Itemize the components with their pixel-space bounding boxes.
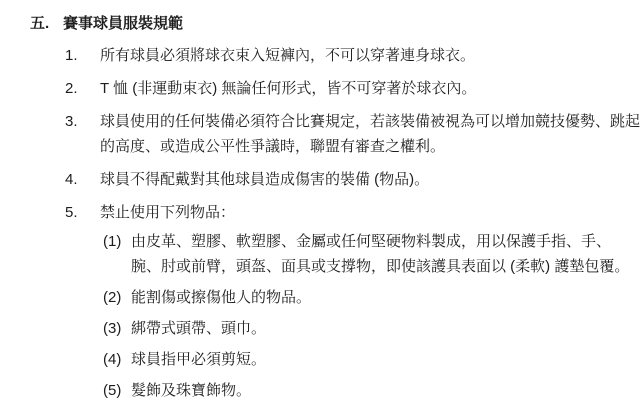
rule-number: 1. [65, 43, 100, 68]
prohibited-item-content: 綁帶式頭帶、頭巾。 [131, 316, 634, 341]
rule-item: 4. 球員不得配戴對其他球員造成傷害的裝備 (物品)。 [65, 167, 634, 192]
rule-text-line: 球員使用的任何裝備必須符合比賽規定，若該裝備被視為可以增加競技優勢、跳起 [100, 109, 634, 134]
prohibited-item-number: (2) [103, 285, 131, 310]
rule-number: 2. [65, 76, 100, 101]
prohibited-item-text-line: 能割傷或擦傷他人的物品。 [131, 285, 634, 310]
document-page: 五. 賽事球員服裝規範 1. 所有球員必須將球衣束入短褲內，不可以穿著連身球衣。… [0, 0, 640, 402]
rule-text-line: 禁止使用下列物品： [100, 200, 634, 225]
rule-content: 球員使用的任何裝備必須符合比賽規定，若該裝備被視為可以增加競技優勢、跳起 的高度… [100, 109, 634, 159]
prohibited-item-text-line: 腕、肘或前臂，頭盔、面具或支撐物，即使該護具表面以 (柔軟) 護墊包覆。 [131, 254, 634, 279]
prohibited-item-content: 髮飾及珠寶飾物。 [131, 378, 634, 402]
prohibited-item: (5) 髮飾及珠寶飾物。 [103, 378, 634, 402]
prohibited-item: (3) 綁帶式頭帶、頭巾。 [103, 316, 634, 341]
section-heading: 五. 賽事球員服裝規範 [30, 11, 634, 36]
rule-list: 1. 所有球員必須將球衣束入短褲內，不可以穿著連身球衣。 2. T 恤 (非運動… [65, 43, 634, 402]
rule-number: 4. [65, 167, 100, 192]
prohibited-item: (2) 能割傷或擦傷他人的物品。 [103, 285, 634, 310]
rule-text-line: T 恤 (非運動束衣) 無論任何形式，皆不可穿著於球衣內。 [100, 76, 634, 101]
prohibited-item: (4) 球員指甲必須剪短。 [103, 347, 634, 372]
rule-content: 球員不得配戴對其他球員造成傷害的裝備 (物品)。 [100, 167, 634, 192]
rule-content: 所有球員必須將球衣束入短褲內，不可以穿著連身球衣。 [100, 43, 634, 68]
prohibited-item-number: (1) [103, 229, 131, 279]
rule-text-line: 的高度、或造成公平性爭議時，聯盟有審查之權利。 [100, 134, 634, 159]
prohibited-item-content: 能割傷或擦傷他人的物品。 [131, 285, 634, 310]
rule-content: 禁止使用下列物品： (1) 由皮革、塑膠、軟塑膠、金屬或任何堅硬物料製成，用以保… [100, 200, 634, 402]
prohibited-item-number: (4) [103, 347, 131, 372]
prohibited-item-content: 由皮革、塑膠、軟塑膠、金屬或任何堅硬物料製成，用以保護手指、手、 腕、肘或前臂，… [131, 229, 634, 279]
prohibited-item-text-line: 球員指甲必須剪短。 [131, 347, 634, 372]
rule-item: 3. 球員使用的任何裝備必須符合比賽規定，若該裝備被視為可以增加競技優勢、跳起 … [65, 109, 634, 159]
prohibited-item-content: 球員指甲必須剪短。 [131, 347, 634, 372]
prohibited-item-number: (5) [103, 378, 131, 402]
section-title: 賽事球員服裝規範 [63, 11, 183, 36]
rule-item: 2. T 恤 (非運動束衣) 無論任何形式，皆不可穿著於球衣內。 [65, 76, 634, 101]
section-number: 五. [30, 11, 63, 36]
rule-text-line: 球員不得配戴對其他球員造成傷害的裝備 (物品)。 [100, 167, 634, 192]
prohibited-item: (1) 由皮革、塑膠、軟塑膠、金屬或任何堅硬物料製成，用以保護手指、手、 腕、肘… [103, 229, 634, 279]
rule-number: 3. [65, 109, 100, 159]
rule-content: T 恤 (非運動束衣) 無論任何形式，皆不可穿著於球衣內。 [100, 76, 634, 101]
rule-text-line: 所有球員必須將球衣束入短褲內，不可以穿著連身球衣。 [100, 43, 634, 68]
rule-item: 1. 所有球員必須將球衣束入短褲內，不可以穿著連身球衣。 [65, 43, 634, 68]
prohibited-item-number: (3) [103, 316, 131, 341]
prohibited-item-text-line: 由皮革、塑膠、軟塑膠、金屬或任何堅硬物料製成，用以保護手指、手、 [131, 229, 634, 254]
rule-number: 5. [65, 200, 100, 402]
prohibited-item-text-line: 綁帶式頭帶、頭巾。 [131, 316, 634, 341]
prohibited-items-list: (1) 由皮革、塑膠、軟塑膠、金屬或任何堅硬物料製成，用以保護手指、手、 腕、肘… [103, 229, 634, 402]
prohibited-item-text-line: 髮飾及珠寶飾物。 [131, 378, 634, 402]
rule-item: 5. 禁止使用下列物品： (1) 由皮革、塑膠、軟塑膠、金屬或任何堅硬物料製成，… [65, 200, 634, 402]
